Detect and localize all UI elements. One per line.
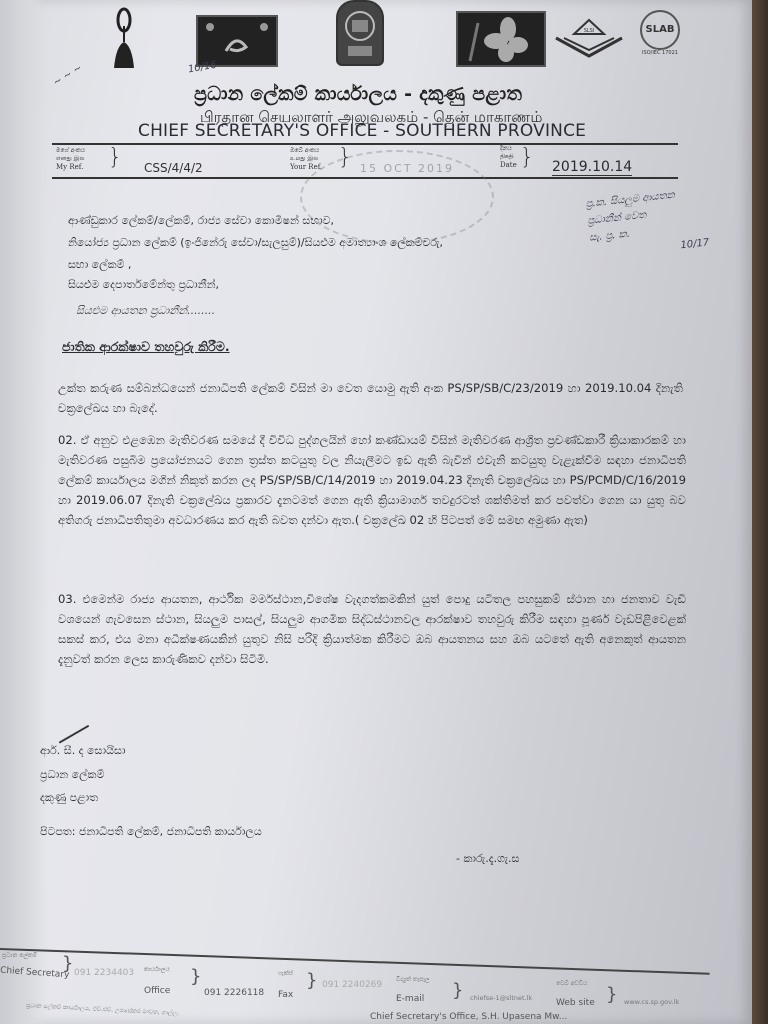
signatory-title: ප්‍රධාන ලේකම්: [40, 768, 104, 782]
letter-page: SLSI SLAB ISO/IEC 17021 ~ ~ ~ 10/16 ප්‍ර…: [0, 0, 752, 1024]
handwritten-top-note: 10/16: [187, 60, 217, 76]
footer-email-label-en: E-mail: [396, 994, 424, 1004]
body-paragraph-3: 03. එමෙන්ම රාජ්‍ය ආයතන, ආර්ථික මර්මස්ථාන…: [58, 589, 686, 669]
footer-chief-secretary-label-si: ප්‍රධාන ලේකම්: [2, 952, 37, 960]
slab-logo: SLAB ISO/IEC 17021: [640, 10, 680, 64]
addressee-line: ආණ්ඩුකාර ලේකම්/ලේකම්, රාජ්‍ය සේවා කොමිෂන…: [68, 214, 334, 228]
signatory-name: ආර්. සී. ද සොයිසා: [40, 744, 126, 758]
footer-office-phone: 091 2226118: [204, 988, 264, 998]
desk-background-edge: [752, 0, 768, 1024]
body-paragraph-1: උක්ත කරුණ සම්බන්ධයෙන් ජනාධිපති ලේකම් විස…: [58, 378, 683, 418]
date-value: 2019.10.14: [552, 159, 632, 176]
your-ref-label: ඔබේ අංකය உமது இல Your Ref.: [290, 147, 322, 171]
footer-brace: }: [306, 972, 317, 990]
signatory-province: දකුණු පළාත: [40, 791, 98, 805]
provincial-flag-logo: [196, 15, 278, 67]
addressee-line: සභා ලේකම් ,: [68, 258, 131, 272]
handwritten-minute-note: ප්‍ර.ක. සියලුම ආයතන ප්‍රධානීන් වෙත සැ. ප…: [585, 180, 741, 263]
footer-brace: }: [606, 986, 617, 1004]
letter-subject: ජාතික ආරක්ෂාව තහවුරු කිරීම.: [62, 339, 230, 355]
footer-office-label-en: Office: [144, 986, 170, 996]
office-title-sinhala: ප්‍රධාන ලේකම් කාර්යාලය - දකුණු පළාත: [194, 83, 522, 105]
footer-email-value: chiefse-1@sltnet.lk: [470, 994, 532, 1002]
footer-address-sinhala: ප්‍රධාන ලේකම් කාර්යාලය, එච්.එච්. උපසේකර …: [26, 1002, 179, 1018]
footer-fax-label-en: Fax: [278, 990, 293, 1000]
footer-website-label-si: වෙබ් අඩවිය: [556, 980, 587, 988]
addressee-line: නියෝජ්‍ය ප්‍රධාන ලේකම් (ඉංජිනේරු සේවා/සැ…: [68, 236, 443, 250]
date-brace: }: [520, 147, 534, 169]
footer-fax-label-si: ෆැක්ස්: [278, 970, 293, 978]
slsi-logo: SLSI: [552, 18, 626, 58]
body-paragraph-2: 02. ඒ අනුව එළඹෙන මැතිවරණ සමයේ දී විවිධ ප…: [58, 430, 686, 530]
footer-address-english: Chief Secretary's Office, S.H. Upasena M…: [370, 1012, 567, 1022]
footer-website-value: www.cs.sp.gov.lk: [624, 998, 679, 1006]
footer-email-label-si: විද්‍යුත් තැපෑල: [396, 976, 430, 984]
my-ref-label: මගේ අංකය எனது இல My Ref.: [56, 147, 85, 171]
slab-text: SLAB: [640, 10, 680, 50]
footer-fax-value: 091 2240269: [322, 980, 382, 990]
signature-mark: [53, 714, 89, 743]
sri-lanka-emblem-logo: [336, 0, 384, 66]
handwritten-margin-note: ~ ~ ~: [51, 62, 84, 88]
slab-caption: ISO/IEC 17021: [640, 50, 680, 56]
received-stamp-date: 15 OCT 2019: [360, 162, 454, 175]
footer-website-label-en: Web site: [556, 998, 595, 1008]
copy-to-action: - කාරු.දැ.ගැ.ස: [456, 852, 519, 866]
paper-fold-shadow: [0, 0, 48, 1024]
my-ref-value: CSS/4/4/2: [144, 161, 203, 175]
addressee-line: සියළුම දෙපාර්තමේන්තු ප්‍රධානීන්,: [68, 278, 219, 292]
footer-brace: }: [62, 955, 73, 973]
copy-to: පිටපත: ජනාධිපති ලේකම්, ජනාධිපති කාර්යාලය: [40, 825, 262, 839]
footer-office-label-si: කාර්යාලය: [144, 966, 170, 974]
footer-brace: }: [452, 982, 463, 1000]
svg-text:SLSI: SLSI: [584, 28, 595, 34]
my-ref-brace: }: [108, 147, 122, 169]
footer-brace: }: [190, 968, 201, 986]
footer-chief-secretary-phone: 091 2234403: [74, 968, 134, 978]
handwritten-salutation: සියළුම ආයතන ප්‍රධානීන්........: [76, 304, 215, 318]
office-title-english: CHIEF SECRETARY'S OFFICE - SOUTHERN PROV…: [138, 121, 586, 141]
date-label: දිනය திகதி Date: [500, 145, 517, 169]
flower-logo: [456, 11, 546, 67]
bell-logo: [104, 6, 144, 72]
